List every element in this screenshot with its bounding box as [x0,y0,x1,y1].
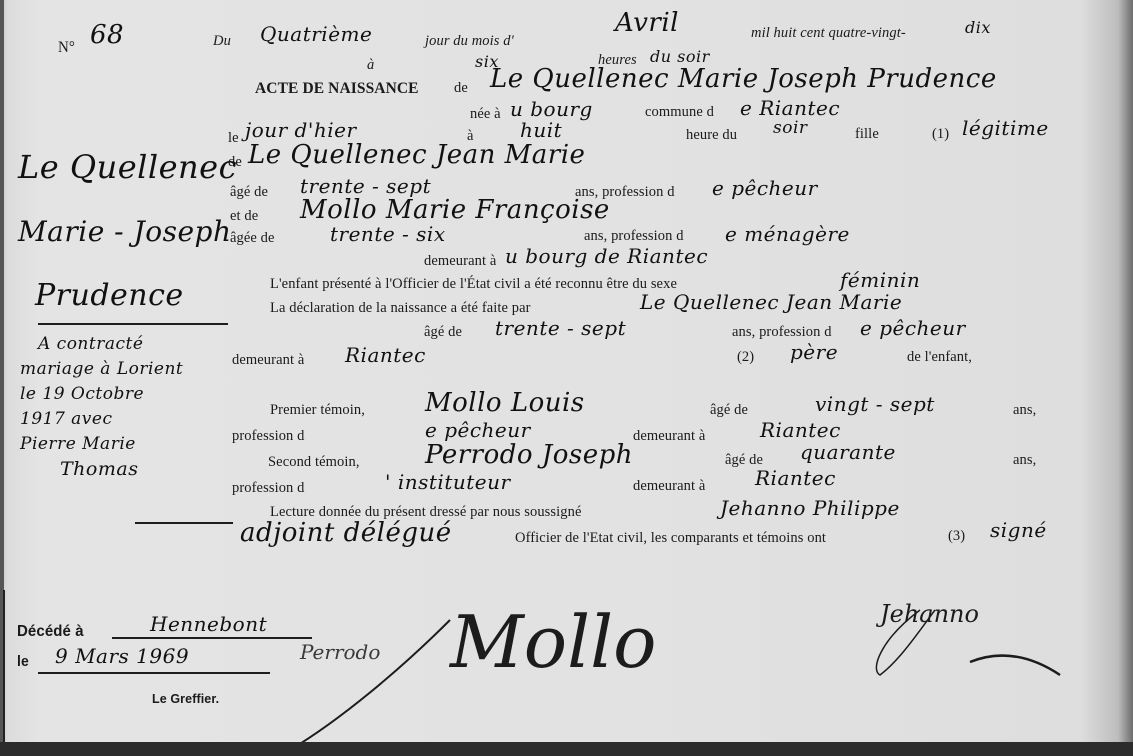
signature-mollo: Mollo [450,600,656,684]
marriage-line: 1917 avec [20,407,183,432]
birth-le-label: le [228,130,239,148]
birth-date: jour d'hier [245,118,357,142]
margin-divider-bottom [135,522,233,524]
legitimacy: légitime [962,116,1049,140]
viewer-bottom-band [0,742,1133,756]
marriage-line: Thomas [20,457,183,482]
header-du: Du [213,33,231,51]
child-sex: féminin [840,268,920,292]
witness2-demeurant-label: demeurant à [633,478,705,496]
witness2-ans: ans, [1013,452,1036,470]
mother-age: trente - six [330,222,446,246]
heure-du-label: heure du [686,127,737,145]
declarant-age-label: âgé de [424,324,462,342]
signature-flourish [860,600,1060,680]
margin-divider-top [38,323,228,325]
act-title-de: de [454,80,468,98]
marriage-line: Pierre Marie [20,432,183,457]
act-number-label: N° [58,40,75,58]
margin-surname: Le Quellenec [18,148,237,186]
child-name: Le Quellenec Marie Joseph Prudence [490,64,997,94]
register-page: N° 68 Du Quatrième jour du mois d' Avril… [0,0,1133,742]
death-place: Hennebont [150,612,267,636]
witness2-label: Second témoin, [268,454,360,472]
presentation-line1: L'enfant présenté à l'Officier de l'État… [270,276,677,294]
mother-age-label: âgée de [230,230,275,248]
father-age-label: âgé de [230,184,268,202]
declarant-residence: Riantec [345,343,426,367]
header-day: Quatrième [260,22,372,46]
witness1-profession-label: profession d [232,428,304,446]
presentation-line2: La déclaration de la naissance a été fai… [270,300,531,318]
witness1-label: Premier témoin, [270,402,365,420]
closing-line2: Officier de l'Etat civil, les comparants… [515,530,826,548]
fille-label: fille [855,126,879,144]
declarant-demeurant-label: demeurant à [232,352,304,370]
death-date-underline [38,672,270,674]
declarant-relation: père [790,340,838,364]
mother-demeurant-label: demeurant à [424,253,496,271]
header-a: à [367,57,374,75]
birth-hour: huit [520,118,562,142]
signed-hand: signé [990,518,1047,542]
death-place-underline [112,637,312,639]
de-l-enfant: de l'enfant, [907,349,972,367]
margin-stamp-rule [3,590,5,742]
header-year-printed: mil huit cent quatre-vingt- [751,25,906,43]
declarant-profession: e pêcheur [860,316,966,340]
witness2-profession: ' instituteur [385,470,511,494]
nee-a-label: née à [470,106,501,124]
header-jour-du-mois: jour du mois d' [425,33,514,51]
header-year-hand: dix [965,18,991,37]
note-1: (1) [932,126,949,144]
father-name: Le Quellenec Jean Marie [248,140,585,170]
witness1-age-label: âgé de [710,402,748,420]
mother-profession-label: ans, profession d [584,228,684,246]
mother-name: Mollo Marie Françoise [300,195,610,225]
birth-commune: e Riantec [740,96,840,120]
witness1-age: vingt - sept [815,392,935,416]
note-2: (2) [737,349,754,367]
witness1-ans: ans, [1013,402,1036,420]
death-date: 9 Mars 1969 [55,644,189,668]
declarant-name: Le Quellenec Jean Marie [640,290,902,314]
witness1-name: Mollo Louis [425,388,585,418]
greffier-label: Le Greffier. [152,692,219,707]
death-le-label: le [17,653,29,670]
mother-profession: e ménagère [725,222,850,246]
witness2-age: quarante [800,440,896,464]
father-profession: e pêcheur [712,176,818,200]
marriage-line: A contracté [20,332,183,357]
officer-name: Jehanno Philippe [720,496,900,520]
marriage-line: mariage à Lorient [20,357,183,382]
witness1-demeurant-label: demeurant à [633,428,705,446]
birth-period: soir [773,118,808,138]
note-3: (3) [948,528,965,546]
officer-role: adjoint délégué [240,518,452,548]
margin-given1: Marie - Joseph [18,215,232,248]
marriage-note: A contracté mariage à Lorient le 19 Octo… [20,332,183,482]
commune-label: commune d [645,104,714,122]
declarant-age: trente - sept [495,316,626,340]
witness2-profession-label: profession d [232,480,304,498]
act-number: 68 [90,20,124,50]
mother-residence: u bourg de Riantec [505,244,708,268]
margin-given2: Prudence [35,278,184,313]
act-title: ACTE DE NAISSANCE [255,80,419,99]
marriage-line: le 19 Octobre [20,382,183,407]
signature-stroke [280,600,480,756]
header-month: Avril [615,8,679,38]
witness2-residence: Riantec [755,466,836,490]
witness2-name: Perrodo Joseph [425,440,633,470]
witness1-residence: Riantec [760,418,841,442]
death-label: Décédé à [17,623,84,641]
witness1-profession: e pêcheur [425,418,531,442]
declarant-profession-label: ans, profession d [732,324,832,342]
mother-et-de-label: et de [230,208,258,226]
